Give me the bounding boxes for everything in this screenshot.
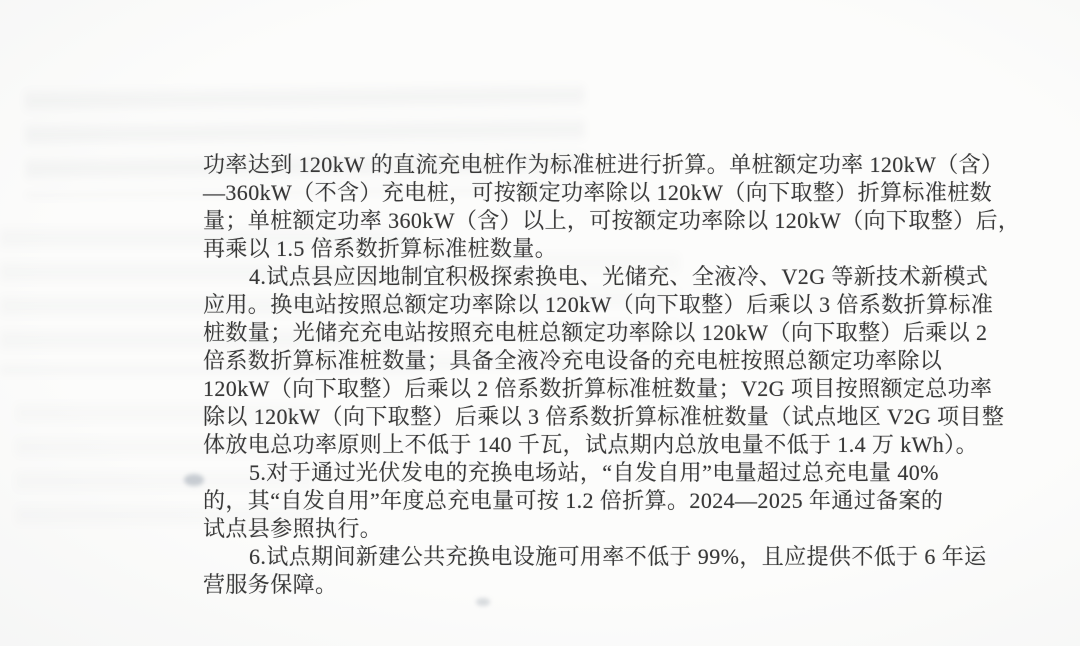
scan-smudge <box>476 598 490 606</box>
text-line: 桩数量；光储充充电站按照充电桩总额定功率除以 120kW（向下取整）后乘以 2 <box>203 319 937 347</box>
paragraph-item-6: 6.试点期间新建公共充换电设施可用率不低于 99%，且应提供不低于 6 年运 营… <box>203 543 937 599</box>
text-line: 量；单桩额定功率 360kW（含）以上，可按额定功率除以 120kW（向下取整）… <box>203 207 937 235</box>
text-line: 营服务保障。 <box>203 571 937 599</box>
text-line: 120kW（向下取整）后乘以 2 倍系数折算标准桩数量；V2G 项目按照额定总功… <box>203 375 937 403</box>
text-line: 的，其“自发自用”年度总充电量可按 1.2 倍折算。2024—2025 年通过备… <box>203 487 937 515</box>
scan-smudge <box>184 474 204 486</box>
text-line: 5.对于通过光伏发电的充换电场站，“自发自用”电量超过总充电量 40% <box>203 459 937 487</box>
document-text: 功率达到 120kW 的直流充电桩作为标准桩进行折算。单桩额定功率 120kW（… <box>203 151 937 599</box>
text-line: 试点县参照执行。 <box>203 515 937 543</box>
text-line: 体放电总功率原则上不低于 140 千瓦，试点期内总放电量不低于 1.4 万 kW… <box>203 431 937 459</box>
text-line: 4.试点县应因地制宜积极探索换电、光储充、全液冷、V2G 等新技术新模式 <box>203 263 937 291</box>
text-line: 应用。换电站按照总额定功率除以 120kW（向下取整）后乘以 3 倍系数折算标准 <box>203 291 937 319</box>
scanned-page: 功率达到 120kW 的直流充电桩作为标准桩进行折算。单桩额定功率 120kW（… <box>0 0 1080 646</box>
text-line: 再乘以 1.5 倍系数折算标准桩数量。 <box>203 235 937 263</box>
text-line: —360kW（不含）充电桩，可按额定功率除以 120kW（向下取整）折算标准桩数 <box>203 179 937 207</box>
text-line: 功率达到 120kW 的直流充电桩作为标准桩进行折算。单桩额定功率 120kW（… <box>203 151 937 179</box>
paragraph-continuation: 功率达到 120kW 的直流充电桩作为标准桩进行折算。单桩额定功率 120kW（… <box>203 151 937 263</box>
paragraph-item-5: 5.对于通过光伏发电的充换电场站，“自发自用”电量超过总充电量 40% 的，其“… <box>203 459 937 543</box>
paragraph-item-4: 4.试点县应因地制宜积极探索换电、光储充、全液冷、V2G 等新技术新模式 应用。… <box>203 263 937 459</box>
text-line: 6.试点期间新建公共充换电设施可用率不低于 99%，且应提供不低于 6 年运 <box>203 543 937 571</box>
text-line: 倍系数折算标准桩数量；具备全液冷充电设备的充电桩按照总额定功率除以 <box>203 347 937 375</box>
text-line: 除以 120kW（向下取整）后乘以 3 倍系数折算标准桩数量（试点地区 V2G … <box>203 403 937 431</box>
